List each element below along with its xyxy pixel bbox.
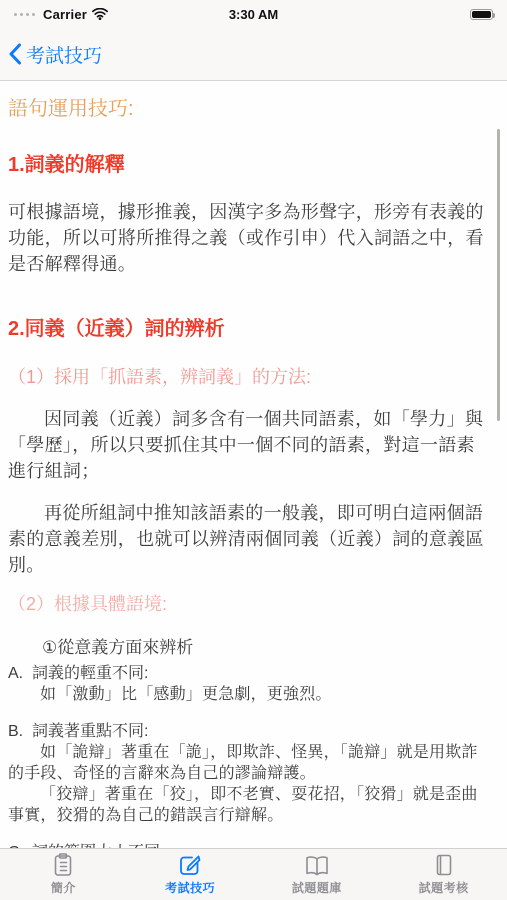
tab-assessment[interactable]: 試題考核 [380, 849, 507, 900]
scrollbar[interactable] [497, 129, 500, 421]
tab-label: 試題考核 [419, 879, 469, 896]
content-area: 語句運用技巧:1.詞義的解釋可根據語境，據形推義，因漢字多為形聲字，形旁有表義的… [0, 81, 507, 848]
book-icon [434, 853, 454, 877]
sub-heading: （1）採用「抓語素，辨詞義」的方法: [8, 365, 493, 390]
open-book-icon [304, 853, 330, 877]
body-paragraph: 因同義（近義）詞多含有一個共同語素，如「學力」與「學歷」，所以只要抓住其中一個不… [8, 406, 493, 484]
sub-heading: （2）根據具體語境: [8, 592, 493, 617]
tab-question-bank[interactable]: 試題題庫 [254, 849, 381, 900]
tab-intro[interactable]: 簡介 [0, 849, 127, 900]
tab-label: 簡介 [51, 879, 76, 896]
compose-icon [178, 853, 202, 877]
list-item-text: 詞義的輕重不同: [32, 665, 148, 682]
tab-label: 考試技巧 [165, 879, 215, 896]
list-item-detail: 「狡辯」著重在「狡」，即不老實、耍花招，「狡猾」就是歪曲事實，狡猾的為自己的錯誤… [8, 784, 493, 826]
list-item-title: C.詞的範圍大小不同: [8, 842, 493, 848]
back-button[interactable]: 考試技巧 [8, 41, 102, 68]
clipboard-icon [52, 853, 74, 877]
circled-point: ①從意義方面來辨析 [8, 637, 493, 659]
tab-exam-skills[interactable]: 考試技巧 [127, 849, 254, 900]
section-title: 語句運用技巧: [8, 95, 493, 123]
tab-label: 試題題庫 [292, 879, 342, 896]
list-item-label: A. [8, 663, 32, 684]
list-item-text: 詞的範圍大小不同: [32, 844, 164, 848]
list-item-label: C. [8, 842, 32, 848]
section-heading: 2.同義（近義）詞的辨析 [8, 315, 493, 343]
battery-icon [470, 9, 493, 20]
chevron-left-icon [8, 43, 22, 65]
status-bar: Carrier 3:30 AM [0, 0, 507, 28]
list-item-text: 詞義著重點不同: [32, 723, 148, 740]
app-screen: Carrier 3:30 AM 考試技巧 [0, 0, 507, 900]
list-item-title: A.詞義的輕重不同: [8, 663, 493, 684]
list-item-detail: 如「詭辯」著重在「詭」，即欺詐、怪異，「詭辯」就是用欺詐的手段、奇怪的言辭來為自… [8, 742, 493, 784]
back-label: 考試技巧 [26, 41, 102, 68]
list-item-title: B.詞義著重點不同: [8, 721, 493, 742]
body-paragraph: 可根據語境，據形推義，因漢字多為形聲字，形旁有表義的功能，所以可將所推得之義（或… [8, 199, 493, 277]
list-item-label: B. [8, 721, 32, 742]
list-item-detail: 如「激動」比「感動」更急劇，更強烈。 [8, 684, 493, 705]
nav-bar: 考試技巧 [0, 28, 507, 81]
tab-bar: 簡介考試技巧試題題庫試題考核 [0, 848, 507, 900]
clock: 3:30 AM [0, 7, 507, 22]
section-heading: 1.詞義的解釋 [8, 151, 493, 179]
body-paragraph: 再從所組詞中推知該語素的一般義，即可明白這兩個語素的意義差別，也就可以辨清兩個同… [8, 500, 493, 578]
